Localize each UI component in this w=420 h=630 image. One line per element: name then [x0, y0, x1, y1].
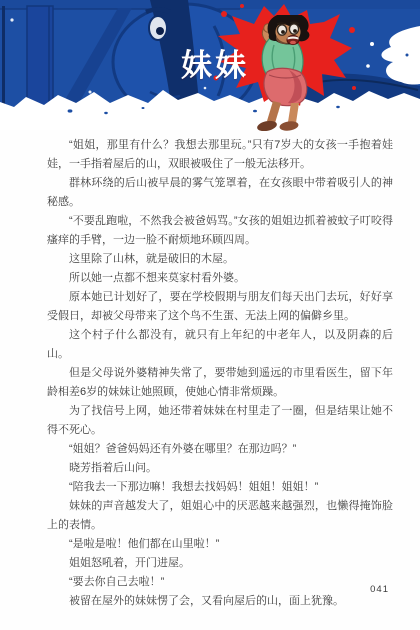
story-paragraph: 被留在屋外的妹妹愣了会，又看向屋后的山，面上犹豫。: [47, 592, 393, 611]
story-text-block: “姐姐，那里有什么？我想去那里玩。”只有7岁大的女孩一手抱着娃娃，一手指着屋后的…: [47, 136, 393, 611]
story-paragraph: 群林环绕的后山被早晨的雾气笼罩着，在女孩眼中带着吸引人的神秘感。: [47, 174, 393, 212]
story-paragraph: 所以她一点都不想来莫家村看外婆。: [47, 269, 393, 288]
story-paragraph: “姐姐？爸爸妈妈还有外婆在哪里？在那边吗？”: [47, 440, 393, 459]
chapter-title: 妹妹: [181, 40, 249, 85]
story-paragraph: 晓芳指着后山问。: [47, 459, 393, 478]
story-paragraph: 这个村子什么都没有，就只有上年纪的中老年人，以及阴森的后山。: [47, 326, 393, 364]
story-paragraph: “不要乱跑啦，不然我会被爸妈骂。”女孩的姐姐边抓着被蚊子叮咬得瘙痒的手臂，一边一…: [47, 212, 393, 250]
story-paragraph: “是啦是啦！他们都在山里啦！”: [47, 535, 393, 554]
story-paragraph: “陪我去一下那边嘛！我想去找妈妈！姐姐！姐姐！”: [47, 478, 393, 497]
story-paragraph: 为了找信号上网，她还带着妹妹在村里走了一圈，但是结果让她不得不死心。: [47, 402, 393, 440]
story-paragraph: 这里除了山林，就是破旧的木屋。: [47, 250, 393, 269]
page-number: 041: [370, 584, 389, 595]
story-paragraph: 原本她已计划好了，要在学校假期与朋友们每天出门去玩，好好享受假日，却被父母带来了…: [47, 288, 393, 326]
story-paragraph: 但是父母说外婆精神失常了，要带她到遥远的市里看医生，留下年龄相差6岁的妹妹让她照…: [47, 364, 393, 402]
story-paragraph: “要去你自己去啦！”: [47, 573, 393, 592]
story-paragraph: 姐姐怒吼着，开门进屋。: [47, 554, 393, 573]
story-paragraph: “姐姐，那里有什么？我想去那里玩。”只有7岁大的女孩一手抱着娃娃，一手指着屋后的…: [47, 136, 393, 174]
boy-character-illustration: [241, 15, 333, 131]
story-paragraph: 妹妹的声音越发大了，姐姐心中的厌恶越来越强烈，也懒得掩饰脸上的表情。: [47, 497, 393, 535]
